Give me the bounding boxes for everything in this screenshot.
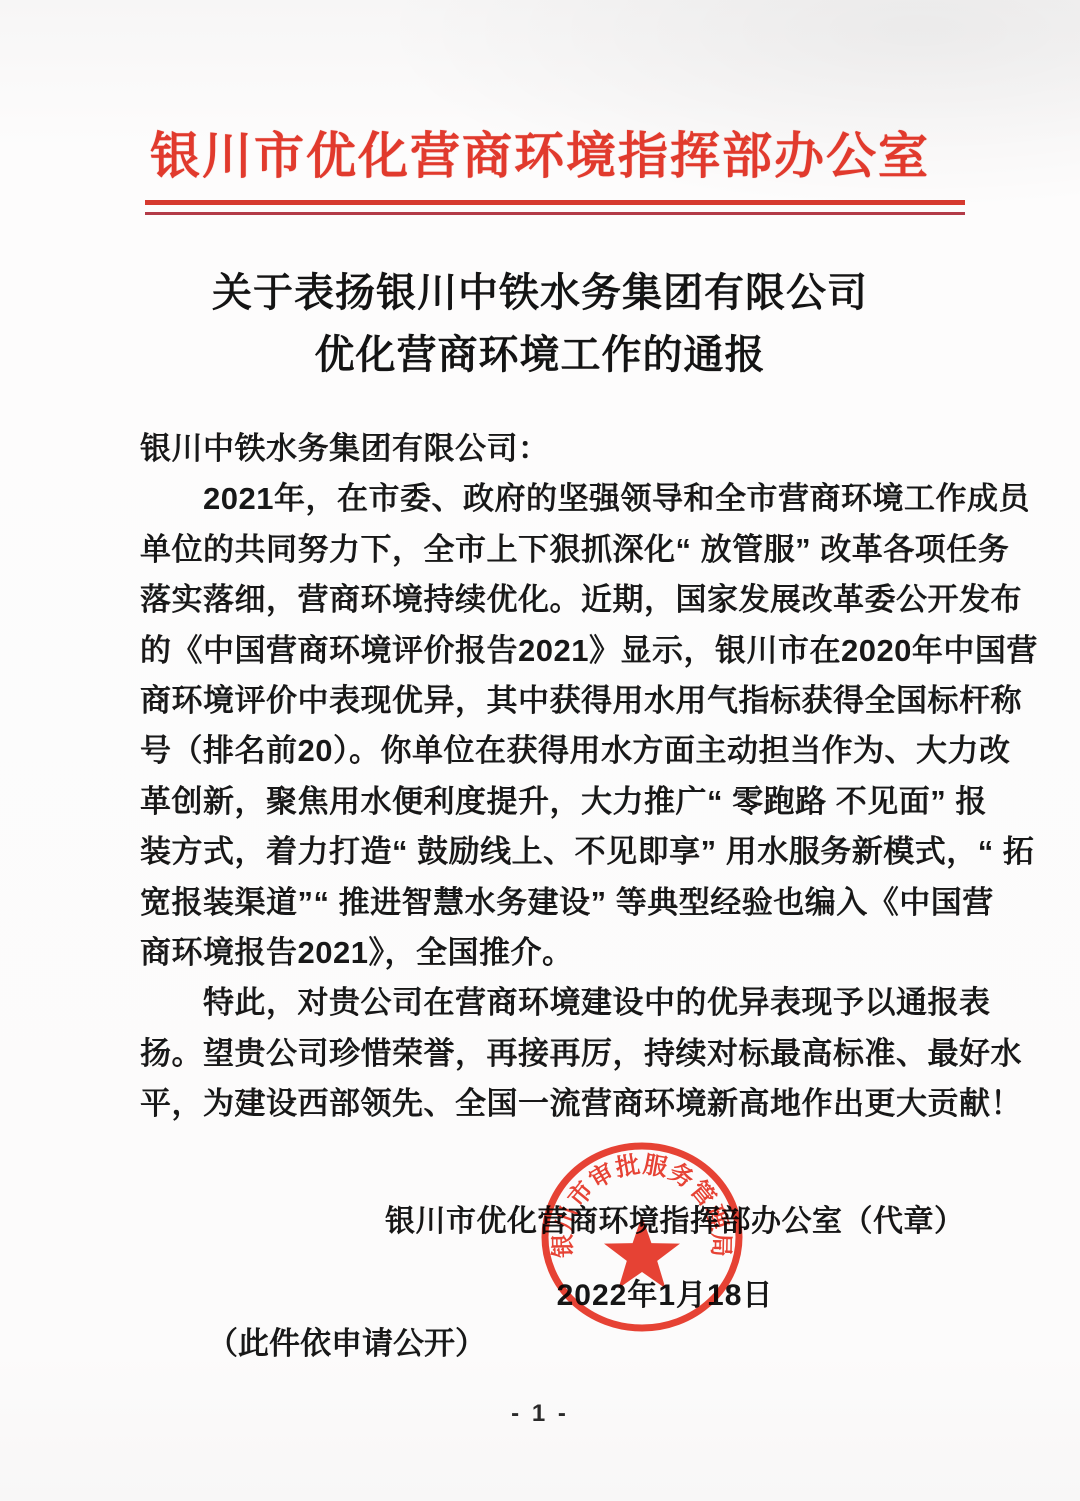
body-line: 平，为建设西部领先、全国一流营商环境新高地作出更大贡献！ (140, 1079, 950, 1129)
body-line: 商环境报告2021》，全国推介。 (140, 928, 950, 978)
document-body: 银川中铁水务集团有限公司： 2021年，在市委、政府的坚强领导和全市营商环境工作… (140, 424, 950, 1130)
body-line: 的《中国营商环境评价报告2021》显示，银川市在2020年中国营 (140, 626, 950, 676)
disclosure-note: （此件依申请公开） (207, 1318, 486, 1363)
official-seal: 银川市审批服务管理局 (536, 1139, 748, 1337)
document-title-line2: 优化营商环境工作的通报 (0, 324, 1080, 386)
body-line: 商环境评价中表现优异，其中获得用水用气指标获得全国标杆称 (140, 676, 950, 726)
body-line: 扬。望贵公司珍惜荣誉，再接再厉，持续对标最高标准、最好水 (140, 1029, 950, 1079)
document-page: 银川市优化营商环境指挥部办公室 关于表扬银川中铁水务集团有限公司 优化营商环境工… (0, 0, 1080, 1501)
letterhead-org-name: 银川市优化营商环境指挥部办公室 (0, 116, 1080, 188)
body-line: 革创新，聚焦用水便利度提升，大力推广“ 零跑路 不见面” 报 (140, 777, 950, 827)
page-number: - 1 - (0, 1400, 1080, 1428)
letterhead-rule-bottom (145, 212, 965, 215)
letterhead-rule-top (145, 200, 965, 205)
body-line: 宽报装渠道”“ 推进智慧水务建设” 等典型经验也编入《中国营 (140, 878, 950, 928)
body-salutation: 银川中铁水务集团有限公司： (140, 424, 950, 474)
body-line: 2021年，在市委、政府的坚强领导和全市营商环境工作成员 (140, 474, 950, 524)
body-line: 单位的共同努力下，全市上下狠抓深化“ 放管服” 改革各项任务 (140, 525, 950, 575)
document-title: 关于表扬银川中铁水务集团有限公司 优化营商环境工作的通报 (0, 262, 1080, 386)
star-icon (604, 1216, 680, 1288)
body-line: 号（排名前20）。你单位在获得用水方面主动担当作为、大力改 (140, 726, 950, 776)
document-title-line1: 关于表扬银川中铁水务集团有限公司 (0, 262, 1080, 324)
body-line: 落实落细，营商环境持续优化。近期，国家发展改革委公开发布 (140, 575, 950, 625)
body-line: 特此，对贵公司在营商环境建设中的优异表现予以通报表 (140, 978, 950, 1028)
body-line: 装方式，着力打造“ 鼓励线上、不见即享” 用水服务新模式，“ 拓 (140, 827, 950, 877)
